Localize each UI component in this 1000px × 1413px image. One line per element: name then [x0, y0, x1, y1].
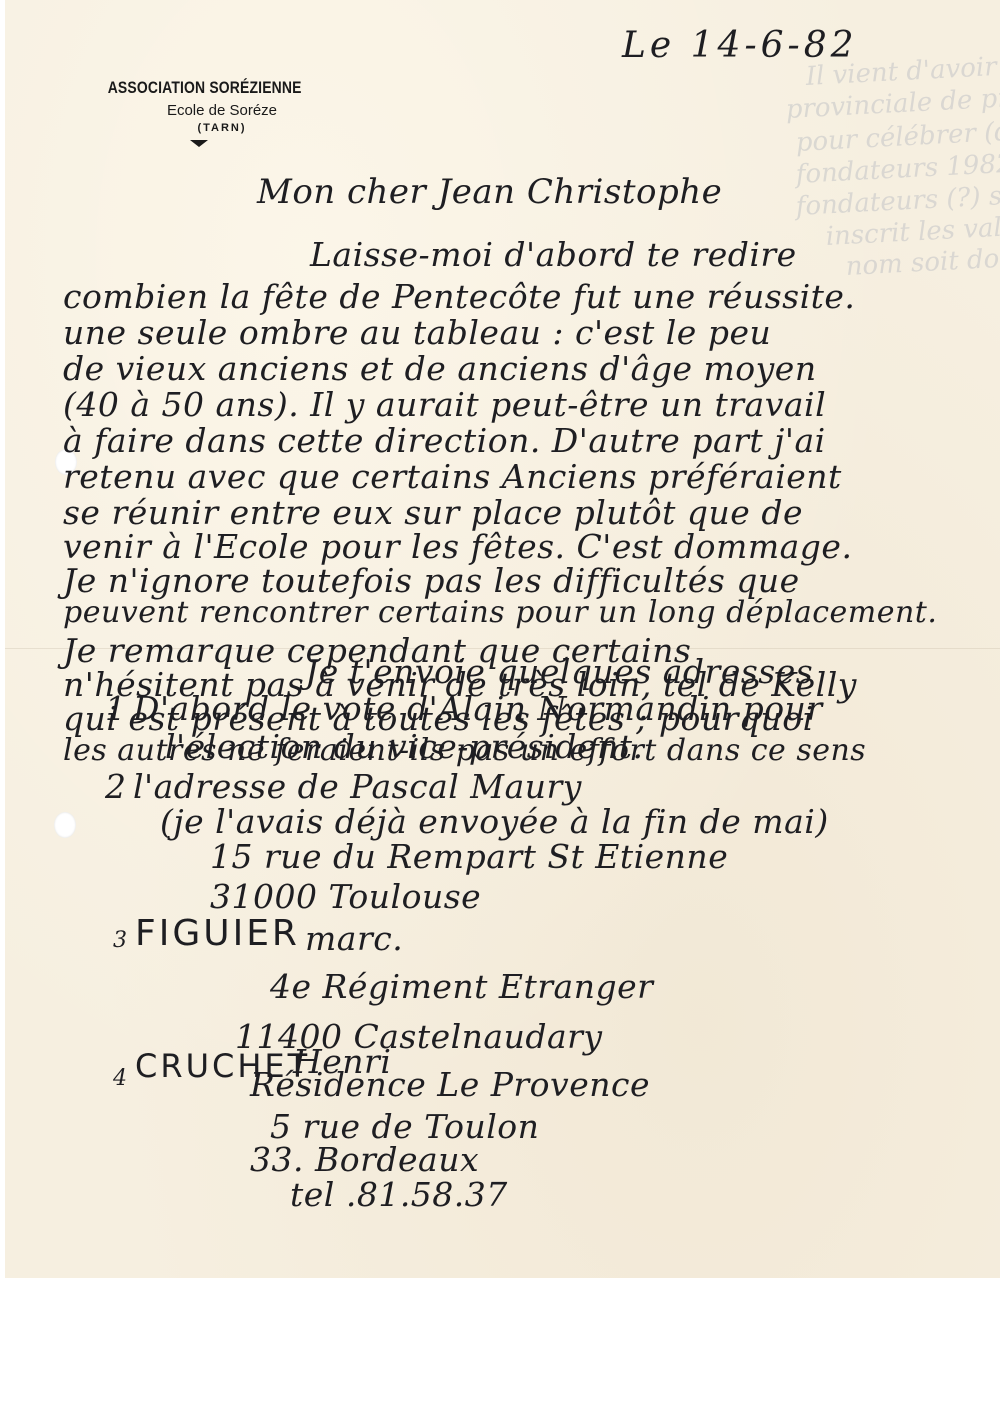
item-line: (je l'avais déjà envoyée à la fin de mai…	[160, 805, 829, 838]
bleed-through-text: inscrit les valeurs pour les anciens et …	[825, 191, 1000, 252]
bleed-through-text: fondateurs (?) sur le campus de l'Associ…	[795, 161, 1000, 222]
body-line: se réunir entre eux sur place plutôt que…	[63, 496, 803, 529]
letterhead-organization: ASSOCIATION SORÉZIENNE	[108, 78, 297, 98]
body-line: une seule ombre au tableau : c'est le pe…	[63, 316, 771, 349]
item-line: D'abord le vote d'Alain Normandin pour	[133, 692, 823, 725]
body-line: combien la fête de Pentecôte fut une réu…	[63, 280, 855, 313]
bleed-through-text: fondateurs 1982-83 le Tricentenaire	[795, 135, 1000, 190]
body-line: de vieux anciens et de anciens d'âge moy…	[63, 352, 817, 385]
body-line: Je n'ignore toutefois pas les difficulté…	[63, 564, 800, 597]
salutation: Mon cher Jean Christophe	[257, 175, 722, 209]
item-line: Résidence Le Provence	[250, 1068, 650, 1101]
body-line: à faire dans cette direction. D'autre pa…	[63, 424, 826, 457]
item-line: 33. Bordeaux	[250, 1143, 479, 1176]
item-line: tel .81.58.37	[290, 1178, 508, 1211]
item-line: 15 rue du Rempart St Etienne	[210, 840, 728, 873]
bleed-through-text: nom soit donné à un avenir	[845, 233, 1000, 282]
item-surname: FIGUIER	[135, 916, 300, 952]
item-line: l'adresse de Pascal Maury	[133, 770, 582, 803]
down-triangle-icon	[190, 140, 208, 147]
bleed-through-text: pour célébrer (devenu) les fondateurs	[795, 102, 1000, 158]
letter-date: Le 14-6-82	[622, 28, 858, 64]
letterhead: ASSOCIATION SORÉZIENNE Ecole de Soréze (…	[87, 78, 317, 147]
body-line: Laisse-moi d'abord te redire	[310, 238, 797, 271]
item-number: 2	[105, 770, 127, 803]
item-line: 5 rue de Toulon	[270, 1110, 539, 1143]
item-number: 1	[105, 692, 127, 725]
item-number: 4	[113, 1068, 128, 1090]
bleed-through-text: provinciale de professeurs catholiques	[785, 68, 1000, 125]
letterhead-region: (TARN)	[127, 122, 317, 134]
punch-hole	[54, 812, 76, 838]
item-number: 3	[113, 930, 128, 952]
body-line: venir à l'Ecole pour les fêtes. C'est do…	[63, 530, 852, 563]
item-line: 31000 Toulouse	[210, 880, 481, 913]
letter-paper: Il vient d'avoir une réunion provinciale…	[5, 0, 1000, 1278]
item-first-name: marc.	[305, 922, 403, 955]
body-line: (40 à 50 ans). Il y aurait peut-être un …	[63, 388, 826, 421]
item-line: l'élection du vice-président.	[165, 730, 643, 763]
body-line: peuvent rencontrer certains pour un long…	[63, 598, 937, 628]
item-line: 4e Régiment Etranger	[270, 970, 653, 1003]
body-line: retenu avec que certains Anciens préféra…	[63, 460, 842, 493]
enclosures-intro: Je t'envoie quelques adresses	[305, 655, 813, 688]
letterhead-school: Ecole de Soréze	[127, 102, 317, 119]
